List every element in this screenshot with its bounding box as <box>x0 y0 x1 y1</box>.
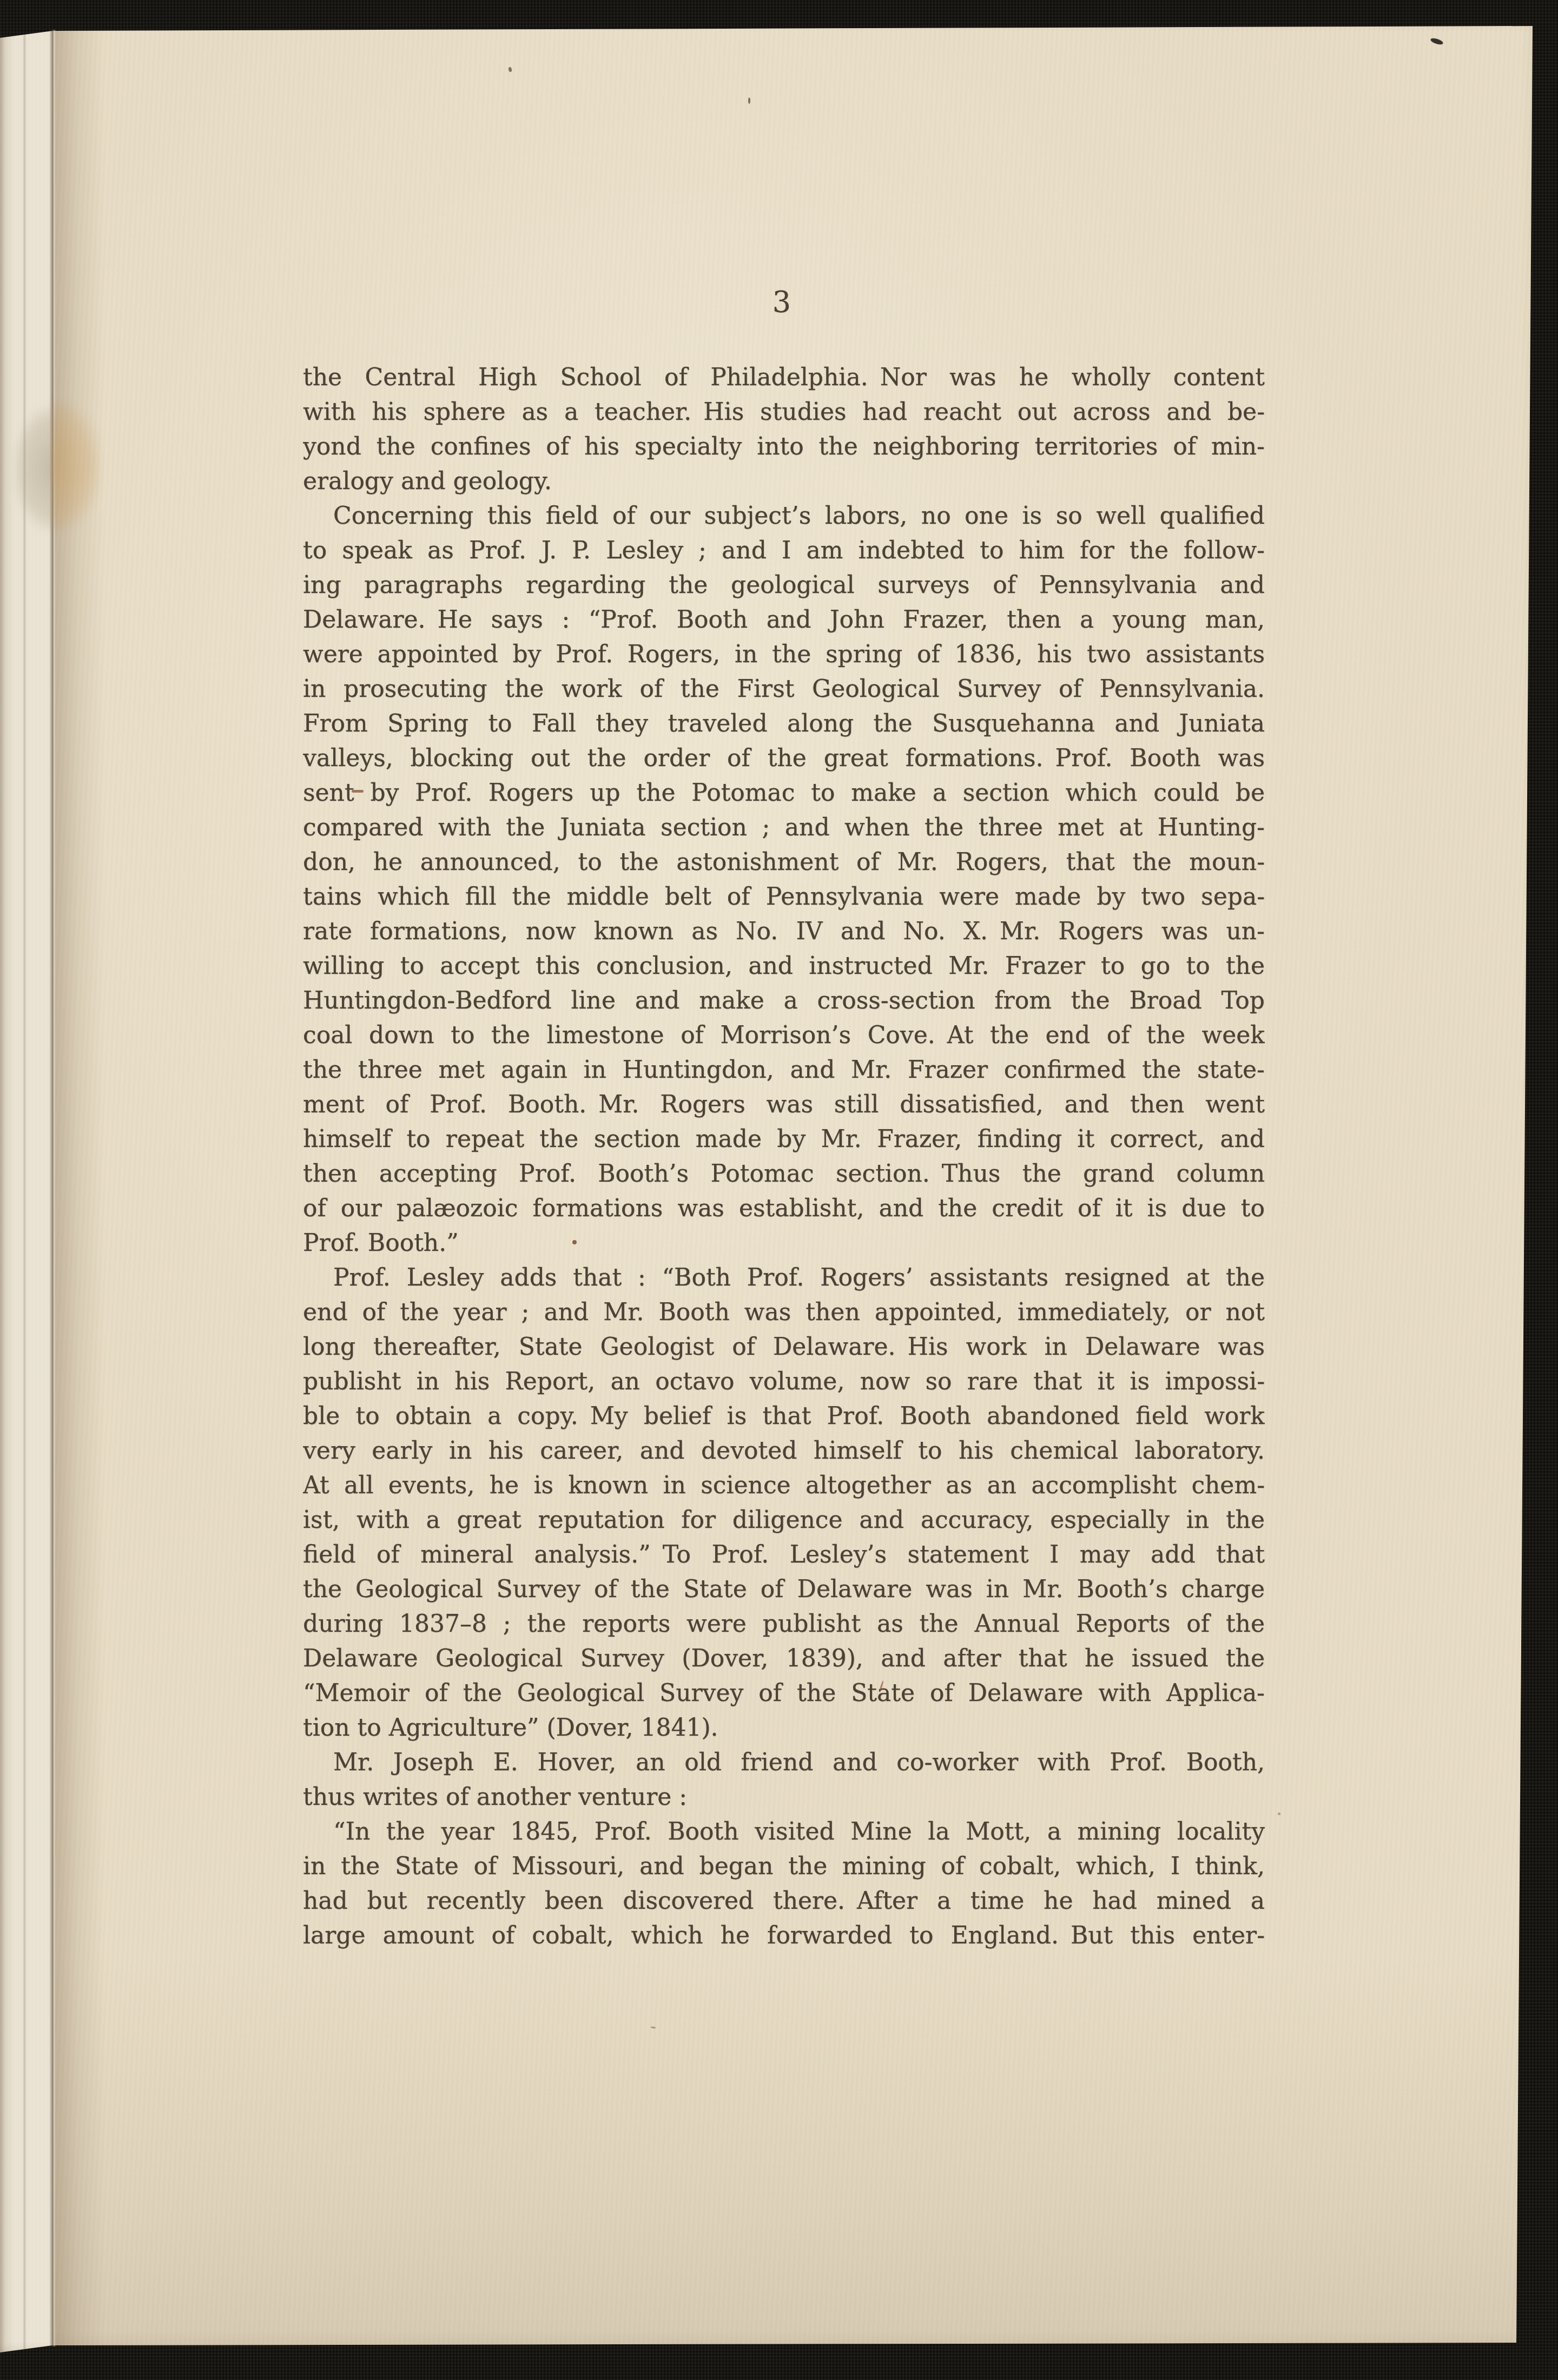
page-number: 3 <box>755 288 809 317</box>
stain-right-half <box>52 401 100 530</box>
text-line: to speak as Prof. J. P. Lesley ; and I a… <box>303 533 1265 568</box>
text-line: with his sphere as a teacher. His studie… <box>303 395 1265 430</box>
text-line: Prof. Lesley adds that : “Both Prof. Rog… <box>303 1261 1265 1295</box>
text-line: Huntingdon-Bedford line and make a cross… <box>303 984 1265 1018</box>
text-line: in prosecuting the work of the First Geo… <box>303 672 1265 707</box>
scan-background: { "colors": { "paper": "#e7dcc5", "facin… <box>0 0 1558 2380</box>
text-line: ist, with a great reputation for diligen… <box>303 1503 1265 1538</box>
text-line: compared with the Juniata section ; and … <box>303 810 1265 845</box>
text-line: tains which fill the middle belt of Penn… <box>303 880 1265 914</box>
text-line: had but recently been discovered there. … <box>303 1884 1265 1918</box>
text-line: coal down to the limestone of Morrison’s… <box>303 1018 1265 1053</box>
ink-speck <box>508 67 512 72</box>
ink-speck <box>748 97 750 104</box>
ink-speck <box>1278 1812 1280 1815</box>
text-line: the Geological Survey of the State of De… <box>303 1572 1265 1607</box>
text-line: the Central High School of Philadelphia.… <box>303 360 1265 395</box>
text-line: were appointed by Prof. Rogers, in the s… <box>303 637 1265 672</box>
gutter-crease <box>49 30 56 2346</box>
text-line: Concerning this field of our subject’s l… <box>303 499 1265 533</box>
text-line: very early in his career, and devoted hi… <box>303 1434 1265 1468</box>
text-line: “Memoir of the Geological Survey of the … <box>303 1676 1265 1711</box>
text-line: Prof. Booth.” <box>303 1226 1265 1261</box>
text-line: rate formations, now known as No. IV and… <box>303 914 1265 949</box>
text-line: ment of Prof. Booth. Mr. Rogers was stil… <box>303 1087 1265 1122</box>
page-text: the Central High School of Philadelphia.… <box>303 360 1265 1953</box>
text-line: willing to accept this conclusion, and i… <box>303 949 1265 984</box>
text-line: Delaware Geological Survey (Dover, 1839)… <box>303 1641 1265 1676</box>
text-line: sent by Prof. Rogers up the Potomac to m… <box>303 776 1265 810</box>
paper-fiber <box>651 2026 656 2028</box>
text-line: of our palæozoic formations was establis… <box>303 1191 1265 1226</box>
text-line: ing paragraphs regarding the geological … <box>303 568 1265 603</box>
text-line: himself to repeat the section made by Mr… <box>303 1122 1265 1157</box>
text-line: in the State of Missouri, and began the … <box>303 1849 1265 1884</box>
text-line: don, he announced, to the astonishment o… <box>303 845 1265 880</box>
text-line: valleys, blocking out the order of the g… <box>303 741 1265 776</box>
text-line: end of the year ; and Mr. Booth was then… <box>303 1295 1265 1330</box>
text-line: yond the confines of his specialty into … <box>303 430 1265 464</box>
text-line: eralogy and geology. <box>303 464 1265 499</box>
text-line: field of mineral analysis.” To Prof. Les… <box>303 1538 1265 1572</box>
text-line: From Spring to Fall they traveled along … <box>303 707 1265 741</box>
ink-speck <box>572 1240 577 1244</box>
text-line: then accepting Prof. Booth’s Potomac sec… <box>303 1157 1265 1191</box>
facing-page-edge <box>0 0 52 2380</box>
text-line: the three met again in Huntingdon, and M… <box>303 1053 1265 1087</box>
text-line: ble to obtain a copy. My belief is that … <box>303 1399 1265 1434</box>
text-line: “In the year 1845, Prof. Booth visited M… <box>303 1815 1265 1849</box>
text-line: thus writes of another venture : <box>303 1780 1265 1815</box>
stain-left-half <box>14 407 53 530</box>
text-line: long thereafter, State Geologist of Dela… <box>303 1330 1265 1364</box>
dash-artifact <box>352 790 364 793</box>
text-line: tion to Agriculture” (Dover, 1841). <box>303 1711 1265 1745</box>
book-page: 3 the Central High School of Philadelphi… <box>0 0 1558 2380</box>
text-line: Delaware. He says : “Prof. Booth and Joh… <box>303 603 1265 637</box>
text-line: during 1837–8 ; the reports were publish… <box>303 1607 1265 1641</box>
text-line: Mr. Joseph E. Hover, an old friend and c… <box>303 1745 1265 1780</box>
text-line: At all events, he is known in science al… <box>303 1468 1265 1503</box>
text-line: publisht in his Report, an octavo volume… <box>303 1364 1265 1399</box>
text-line: large amount of cobalt, which he forward… <box>303 1918 1265 1953</box>
gutter-shadow <box>54 30 105 2345</box>
